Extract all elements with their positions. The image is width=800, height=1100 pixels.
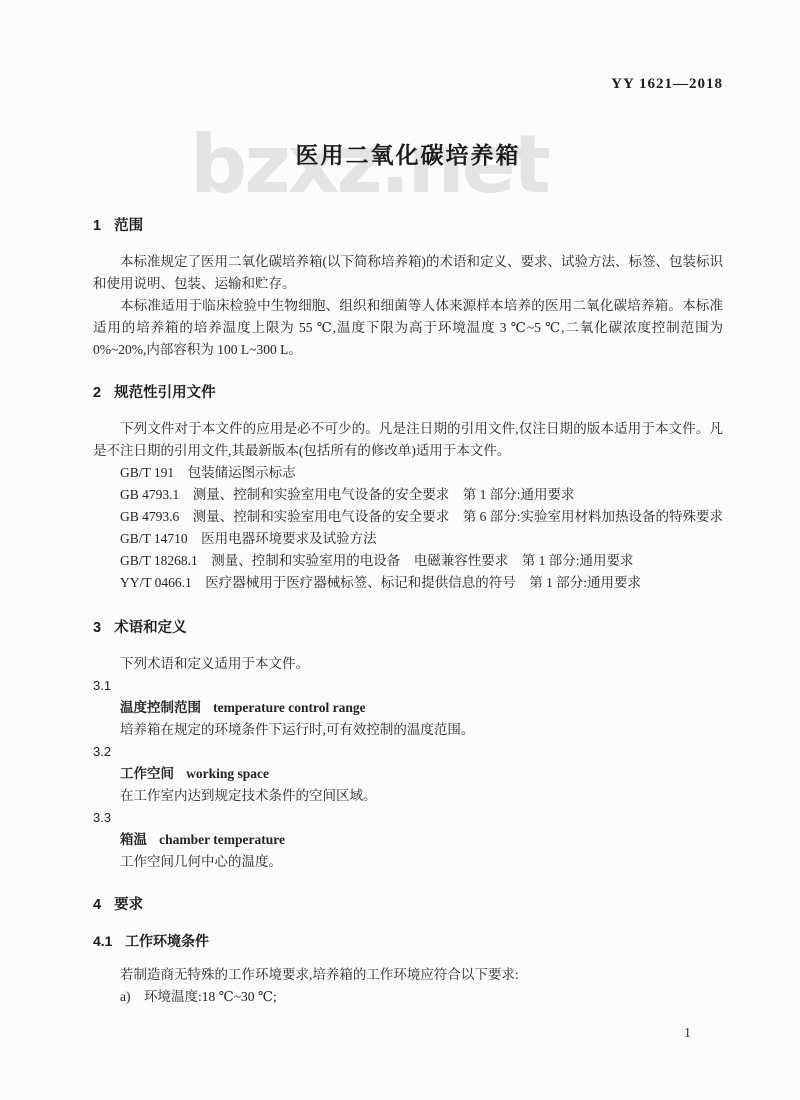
document-title: 医用二氧化碳培养箱 (93, 137, 723, 170)
term-entry: 3.3 箱温chamber temperature 工作空间几何中心的温度。 (93, 807, 723, 873)
term-name: 箱温chamber temperature (93, 829, 723, 851)
page-number: 1 (684, 1026, 691, 1042)
term-name-en: working space (186, 766, 269, 781)
page-content: YY 1621—2018 医用二氧化碳培养箱 1范围 本标准规定了医用二氧化碳培… (93, 0, 723, 1008)
section-3-number: 3 (93, 620, 101, 636)
term-name-zh: 温度控制范围 (120, 700, 201, 715)
term-number: 3.1 (93, 675, 723, 697)
section-3-title: 术语和定义 (114, 620, 187, 636)
reference-code: GB 4793.6 (120, 509, 179, 524)
reference-code: GB/T 18268.1 (120, 553, 198, 568)
section-2-paragraph-1: 下列文件对于本文件的应用是必不可少的。凡是注日期的引用文件,仅注日期的版本适用于… (93, 418, 723, 462)
section-4-heading: 4要求 (93, 895, 723, 915)
reference-title: 包装储运图示标志 (188, 465, 296, 480)
term-entry: 3.2 工作空间working space 在工作室内达到规定技术条件的空间区域… (93, 741, 723, 807)
reference-title: 测量、控制和实验室用电气设备的安全要求 第 6 部分:实验室用材料加热设备的特殊… (193, 509, 723, 524)
list-item-a: a)环境温度:18 ℃~30 ℃; (93, 986, 723, 1008)
reference-item: GB 4793.1测量、控制和实验室用电气设备的安全要求 第 1 部分:通用要求 (93, 484, 723, 506)
term-definition: 在工作室内达到规定技术条件的空间区域。 (93, 785, 723, 807)
section-3-heading: 3术语和定义 (93, 618, 723, 638)
section-1-paragraph-2: 本标准适用于临床检验中生物细胞、组织和细菌等人体来源样本培养的医用二氧化碳培养箱… (93, 295, 723, 361)
reference-code: GB/T 14710 (120, 531, 188, 546)
reference-item: GB/T 18268.1测量、控制和实验室用的电设备 电磁兼容性要求 第 1 部… (93, 550, 723, 572)
reference-code: GB 4793.1 (120, 487, 179, 502)
document-page: bzxz.net YY 1621—2018 医用二氧化碳培养箱 1范围 本标准规… (0, 0, 800, 1100)
term-entry: 3.1 温度控制范围temperature control range 培养箱在… (93, 675, 723, 741)
section-2-number: 2 (93, 385, 101, 401)
reference-title: 医疗器械用于医疗器械标签、标记和提供信息的符号 第 1 部分:通用要求 (205, 575, 641, 590)
standard-number: YY 1621—2018 (93, 0, 723, 93)
reference-code: YY/T 0466.1 (120, 575, 192, 590)
reference-item: GB 4793.6测量、控制和实验室用电气设备的安全要求 第 6 部分:实验室用… (93, 506, 723, 528)
reference-title: 医用电器环境要求及试验方法 (201, 531, 377, 546)
section-4-1-title: 工作环境条件 (125, 933, 209, 949)
reference-item: YY/T 0466.1医疗器械用于医疗器械标签、标记和提供信息的符号 第 1 部… (93, 572, 723, 594)
section-4-number: 4 (93, 897, 101, 913)
term-name-zh: 工作空间 (120, 766, 174, 781)
section-1-heading: 1范围 (93, 216, 723, 236)
reference-item: GB/T 14710医用电器环境要求及试验方法 (93, 528, 723, 550)
section-2-heading: 2规范性引用文件 (93, 383, 723, 403)
term-name-en: temperature control range (213, 700, 365, 715)
section-4-title: 要求 (114, 897, 143, 913)
section-4-paragraph-1: 若制造商无特殊的工作环境要求,培养箱的工作环境应符合以下要求: (93, 964, 723, 986)
term-name-en: chamber temperature (159, 832, 285, 847)
reference-title: 测量、控制和实验室用电气设备的安全要求 第 1 部分:通用要求 (193, 487, 575, 502)
term-definition: 培养箱在规定的环境条件下运行时,可有效控制的温度范围。 (93, 719, 723, 741)
reference-item: GB/T 191包装储运图示标志 (93, 462, 723, 484)
section-1-paragraph-1: 本标准规定了医用二氧化碳培养箱(以下简称培养箱)的术语和定义、要求、试验方法、标… (93, 251, 723, 295)
term-number: 3.2 (93, 741, 723, 763)
term-name-zh: 箱温 (120, 832, 147, 847)
list-item-text: 环境温度:18 ℃~30 ℃; (144, 989, 277, 1004)
reference-code: GB/T 191 (120, 465, 174, 480)
section-3-paragraph-1: 下列术语和定义适用于本文件。 (93, 653, 723, 675)
section-2-title: 规范性引用文件 (114, 385, 216, 401)
section-1-title: 范围 (114, 218, 143, 234)
section-4-1-heading: 4.1工作环境条件 (93, 931, 723, 951)
term-name: 工作空间working space (93, 763, 723, 785)
section-4-1-number: 4.1 (93, 933, 112, 949)
term-number: 3.3 (93, 807, 723, 829)
list-item-marker: a) (120, 989, 131, 1004)
term-definition: 工作空间几何中心的温度。 (93, 851, 723, 873)
term-name: 温度控制范围temperature control range (93, 697, 723, 719)
reference-title: 测量、控制和实验室用的电设备 电磁兼容性要求 第 1 部分:通用要求 (211, 553, 633, 568)
section-1-number: 1 (93, 218, 101, 234)
